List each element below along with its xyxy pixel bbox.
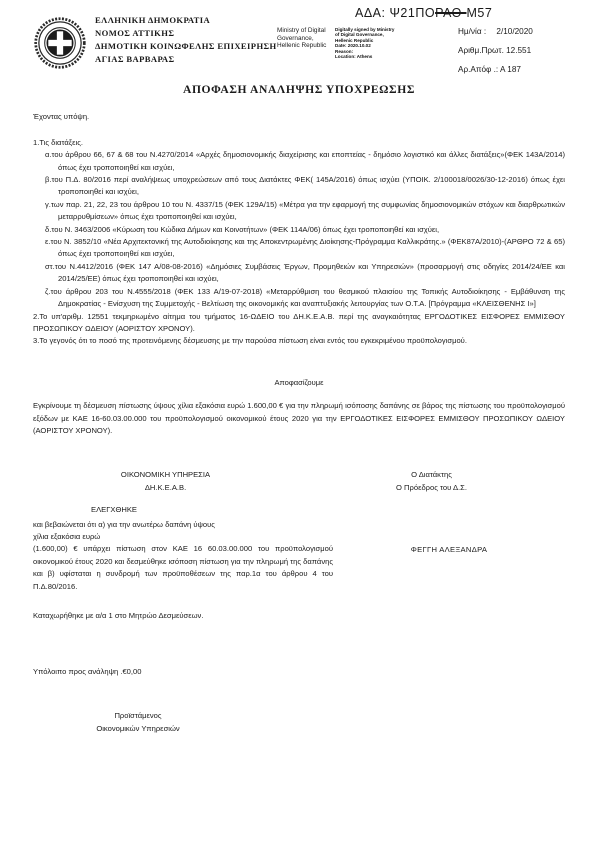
registry-entry-text: Καταχωρήθηκε με α/α 1 στο Μητρώο Δεσμεύσ… — [33, 610, 565, 622]
protocol-number: Αριθμ.Πρωτ. 12.551 — [458, 46, 533, 55]
greek-coat-of-arms-logo — [33, 16, 87, 70]
legal-item-d: δ.του Ν. 3463/2006 «Κύρωση του Κώδικα Δή… — [45, 224, 565, 236]
signer-column: ΦΕΓΓΗ ΑΛΕΞΑΝΔΡΑ — [333, 504, 565, 593]
ada-struck-part: ΡΑΘ- — [435, 6, 466, 20]
legal-item-b: β.του Π.Δ. 80/2016 περί αναλήψεως υποχρε… — [45, 174, 565, 199]
ministry-line: Governance, — [277, 35, 333, 43]
head-of-department-dept: Οικονομικών Υπηρεσιών — [33, 722, 243, 735]
head-of-department-title: Προϊστάμενος — [33, 709, 243, 722]
signature-left-column: ΟΙΚΟΝΟΜΙΚΗ ΥΠΗΡΕΣΙΑ ΔΗ.Κ.Ε.Α.Β. — [33, 469, 298, 494]
document-meta: Ημ/νία : 2/10/2020 Αριθμ.Πρωτ. 12.551 Αρ… — [458, 27, 533, 84]
ministry-stamp-label: Ministry of Digital Governance, Hellenic… — [277, 27, 333, 50]
doc-date-value: 2/10/2020 — [496, 27, 532, 36]
signature-titles-row: ΟΙΚΟΝΟΜΙΚΗ ΥΠΗΡΕΣΙΑ ΔΗ.Κ.Ε.Α.Β. Ο Διατάκ… — [33, 469, 565, 494]
item3-text: 3.Το γεγονός ότι το ποσό της προτεινόμεν… — [33, 335, 565, 347]
org-line: ΝΟΜΟΣ ΑΤΤΙΚΗΣ — [95, 27, 277, 40]
ada-prefix: ΑΔΑ: Ψ21ΠΟ — [355, 6, 435, 20]
digital-signature-stamp: Digitally signed by Ministry of Digital … — [335, 27, 413, 59]
digital-signature-line: Location: Athens — [335, 54, 413, 59]
decide-heading: Αποφασίζουμε — [33, 377, 565, 389]
organization-name-block: ΕΛΛΗΝΙΚΗ ΔΗΜΟΚΡΑΤΙΑ ΝΟΜΟΣ ΑΤΤΙΚΗΣ ΔΗΜΟΤΙ… — [95, 14, 277, 66]
ada-suffix: Μ57 — [466, 6, 492, 20]
audit-amount-words: χίλια εξακόσια ευρώ — [33, 531, 333, 543]
signature-right-column: Ο Διατάκτης Ο Πρόεδρος του Δ.Σ. — [298, 469, 565, 494]
audit-row: ΕΛΕΓΧΘΗΚΕ και βεβαιώνεται ότι α) για την… — [33, 504, 565, 593]
authorizer-title: Ο Διατάκτης — [298, 469, 565, 481]
ada-number: ΑΔΑ: Ψ21ΠΟΡΑΘ-Μ57 — [355, 6, 585, 20]
having-regard-text: Έχοντας υπόψη. — [33, 111, 565, 123]
item2-text: 2.Το υπ'αριθμ. 12551 τεκμηριωμένο αίτημα… — [33, 311, 565, 336]
audit-text: και βεβαιώνεται ότι α) για την ανωτέρω δ… — [33, 519, 333, 593]
legal-item-z: ζ.του άρθρου 203 του Ν.4555/2018 (ΦΕΚ 13… — [45, 286, 565, 311]
board-president-title: Ο Πρόεδρος του Δ.Σ. — [298, 482, 565, 494]
org-line: ΔΗΜΟΤΙΚΗ ΚΟΙΝΩΦΕΛΗΣ ΕΠΙΧΕΙΡΗΣΗ — [95, 40, 277, 53]
audit-line: και βεβαιώνεται ότι α) για την ανωτέρω δ… — [33, 519, 333, 531]
legal-item-a: α.του άρθρου 66, 67 & 68 του Ν.4270/2014… — [45, 149, 565, 174]
legal-item-e: ε.του Ν. 3852/10 «Νέα Αρχιτεκτονική της … — [45, 236, 565, 261]
audit-line: (1.600,00) € υπάρχει πίστωση στον ΚΑΕ 16… — [33, 543, 333, 593]
finance-service-org: ΔΗ.Κ.Ε.Α.Β. — [33, 482, 298, 494]
document-body: ΑΠΟΦΑΣΗ ΑΝΑΛΗΨΗΣ ΥΠΟΧΡΕΩΣΗΣ Έχοντας υπόψ… — [33, 84, 565, 735]
item1-heading: 1.Τις διατάξεις. — [33, 137, 565, 149]
finance-service-title: ΟΙΚΟΝΟΜΙΚΗ ΥΠΗΡΕΣΙΑ — [33, 469, 298, 481]
remaining-balance-text: Υπόλοιπο προς ανάληψη .€0,00 — [33, 666, 565, 678]
ministry-line: Hellenic Republic — [277, 42, 333, 50]
org-line: ΑΓΙΑΣ ΒΑΡΒΑΡΑΣ — [95, 53, 277, 66]
legal-item-st: στ.του Ν.4412/2016 (ΦΕΚ 147 Α/08-08-2016… — [45, 261, 565, 286]
footer-signature-block: Προϊστάμενος Οικονομικών Υπηρεσιών — [33, 709, 243, 735]
document-page: ΕΛΛΗΝΙΚΗ ΔΗΜΟΚΡΑΤΙΑ ΝΟΜΟΣ ΑΤΤΙΚΗΣ ΔΗΜΟΤΙ… — [0, 0, 595, 842]
ministry-line: Ministry of Digital — [277, 27, 333, 35]
doc-date: Ημ/νία : 2/10/2020 — [458, 27, 533, 36]
audit-block: ΕΛΕΓΧΘΗΚΕ και βεβαιώνεται ότι α) για την… — [33, 504, 333, 593]
decision-number: Αρ.Απόφ .: Α 187 — [458, 65, 533, 74]
page-title: ΑΠΟΦΑΣΗ ΑΝΑΛΗΨΗΣ ΥΠΟΧΡΕΩΣΗΣ — [33, 84, 565, 96]
checked-heading: ΕΛΕΓΧΘΗΚΕ — [33, 504, 333, 516]
legal-item-g: γ.των παρ. 21, 22, 23 του άρθρου 10 του … — [45, 199, 565, 224]
doc-date-label: Ημ/νία : — [458, 27, 486, 36]
decision-paragraph: Εγκρίνουμε τη δέσμευση πίστωσης ύψους χί… — [33, 400, 565, 437]
org-line: ΕΛΛΗΝΙΚΗ ΔΗΜΟΚΡΑΤΙΑ — [95, 14, 277, 27]
signer-name: ΦΕΓΓΗ ΑΛΕΞΑΝΔΡΑ — [333, 544, 565, 556]
